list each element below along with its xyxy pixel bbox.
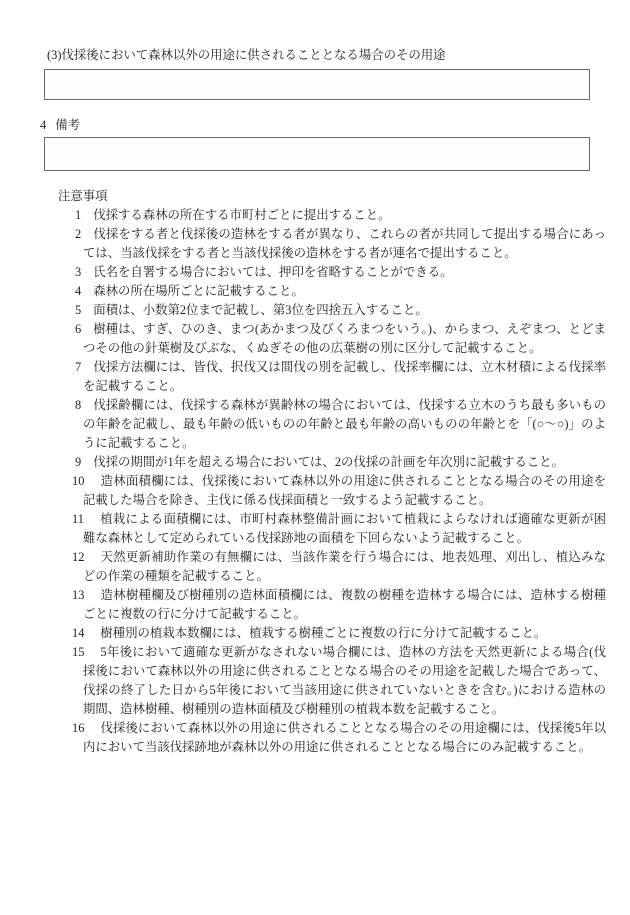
note-number: 16 — [72, 721, 100, 735]
note-number: 9 — [75, 455, 93, 469]
note-item-2: 2伐採をする者と伐採後の造林をする者が異なり、これらの者が共同して提出する場合に… — [83, 225, 606, 263]
note-item-10: 10造林面積欄には、伐採後において森林以外の用途に供されることとなる場合のその用… — [83, 472, 606, 510]
note-item-12: 12天然更新補助作業の有無欄には、当該作業を行う場合には、地表処理、刈出し、植込… — [83, 548, 606, 586]
note-text: 氏名を自署する場合においては、押印を省略することができる。 — [93, 265, 452, 279]
note-number: 2 — [75, 227, 93, 241]
note-number: 5 — [75, 303, 93, 317]
note-text: 伐採する森林の所在する市町村ごとに提出すること。 — [93, 208, 390, 222]
note-text: 造林樹種欄及び樹種別の造林面積欄には、複数の樹種を造林する場合には、造林する樹種… — [83, 588, 606, 621]
note-item-14: 14樹種別の植栽本数欄には、植栽する樹種ごとに複数の行に分けて記載すること。 — [83, 624, 606, 643]
note-text: 面積は、小数第2位まで記載し、第3位を四捨五入すること。 — [93, 303, 428, 317]
note-item-6: 6樹種は、すぎ、ひのき、まつ(あかまつ及びくろまつをいう。)、からまつ、えぞまつ… — [83, 320, 606, 358]
note-item-1: 1伐採する森林の所在する市町村ごとに提出すること。 — [83, 206, 606, 225]
other-use-field-box — [44, 69, 590, 100]
document-page: (3)伐採後において森林以外の用途に供されることとなる場合のその用途 4備考 注… — [0, 0, 630, 915]
note-number: 13 — [72, 588, 100, 602]
section3-other-use-label: (3)伐採後において森林以外の用途に供されることとなる場合のその用途 — [47, 46, 446, 65]
section4-number: 4 — [40, 116, 55, 135]
note-text: 5年後において適確な更新がなされない場合欄には、造林の方法を天然更新による場合(… — [83, 645, 606, 716]
note-number: 10 — [72, 474, 100, 488]
notes-title: 注意事項 — [58, 187, 606, 206]
note-item-7: 7伐採方法欄には、皆伐、択伐又は間伐の別を記載し、伐採率欄には、立木材積による伐… — [83, 358, 606, 396]
note-number: 4 — [75, 284, 93, 298]
note-number: 6 — [75, 322, 93, 336]
note-item-9: 9伐採の期間が1年を超える場合においては、2の伐採の計画を年次別に記載すること。 — [83, 453, 606, 472]
note-number: 15 — [72, 645, 100, 659]
note-number: 12 — [72, 550, 100, 564]
section4-label: 備考 — [55, 118, 80, 132]
note-item-11: 11植栽による面積欄には、市町村森林整備計画において植栽によらなければ適確な更新… — [83, 510, 606, 548]
note-text: 伐採方法欄には、皆伐、択伐又は間伐の別を記載し、伐採率欄には、立木材積による伐採… — [83, 360, 606, 393]
note-text: 天然更新補助作業の有無欄には、当該作業を行う場合には、地表処理、刈出し、植込みな… — [83, 550, 606, 583]
note-number: 8 — [75, 398, 93, 412]
section4-remarks-heading: 4備考 — [40, 116, 80, 135]
note-text: 造林面積欄には、伐採後において森林以外の用途に供されることとなる場合のその用途を… — [83, 474, 606, 507]
note-text: 森林の所在場所ごとに記載すること。 — [93, 284, 304, 298]
note-number: 3 — [75, 265, 93, 279]
note-text: 樹種別の植栽本数欄には、植栽する樹種ごとに複数の行に分けて記載すること。 — [100, 626, 546, 640]
note-number: 1 — [75, 208, 93, 222]
note-item-4: 4森林の所在場所ごとに記載すること。 — [83, 282, 606, 301]
note-text: 伐採をする者と伐採後の造林をする者が異なり、これらの者が共同して提出する場合にあ… — [83, 227, 606, 260]
note-number: 14 — [72, 626, 100, 640]
note-number: 7 — [75, 360, 93, 374]
note-item-5: 5面積は、小数第2位まで記載し、第3位を四捨五入すること。 — [83, 301, 606, 320]
note-text: 伐採の期間が1年を超える場合においては、2の伐採の計画を年次別に記載すること。 — [93, 455, 564, 469]
note-text: 樹種は、すぎ、ひのき、まつ(あかまつ及びくろまつをいう。)、からまつ、えぞまつ、… — [83, 322, 606, 355]
remarks-field-box — [44, 137, 590, 171]
note-number: 11 — [72, 512, 100, 526]
note-item-13: 13造林樹種欄及び樹種別の造林面積欄には、複数の樹種を造林する場合には、造林する… — [83, 586, 606, 624]
note-item-16: 16伐採後において森林以外の用途に供されることとなる場合のその用途欄には、伐採後… — [83, 719, 606, 757]
notes-section: 注意事項 1伐採する森林の所在する市町村ごとに提出すること。 2伐採をする者と伐… — [40, 187, 606, 757]
note-item-15: 155年後において適確な更新がなされない場合欄には、造林の方法を天然更新による場… — [83, 643, 606, 719]
note-text: 伐採後において森林以外の用途に供されることとなる場合のその用途欄には、伐採後5年… — [83, 721, 606, 754]
note-text: 伐採齢欄には、伐採する森林が異齢林の場合においては、伐採する立木のうち最も多いも… — [83, 398, 606, 450]
note-item-8: 8伐採齢欄には、伐採する森林が異齢林の場合においては、伐採する立木のうち最も多い… — [83, 396, 606, 453]
note-text: 植栽による面積欄には、市町村森林整備計画において植栽によらなければ適確な更新が困… — [83, 512, 606, 545]
note-item-3: 3氏名を自署する場合においては、押印を省略することができる。 — [83, 263, 606, 282]
